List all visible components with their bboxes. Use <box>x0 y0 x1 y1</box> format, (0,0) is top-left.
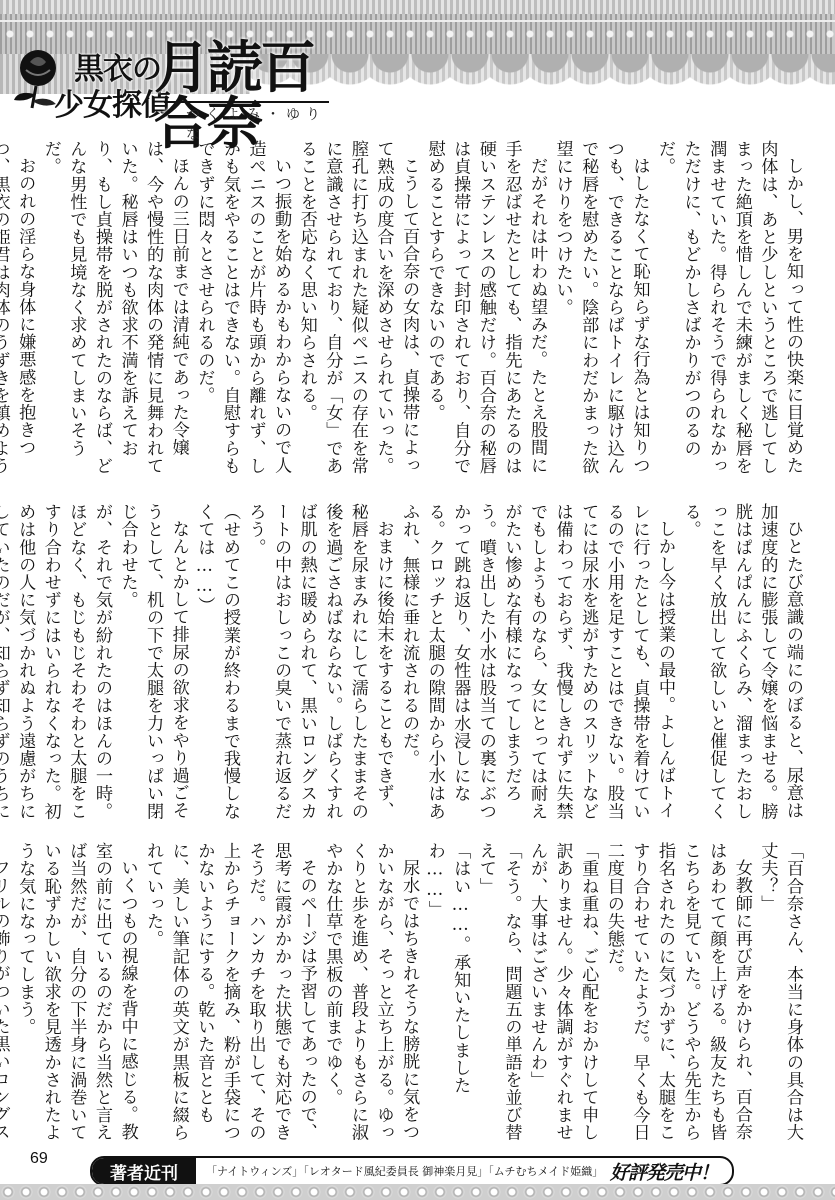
page-number: 69 <box>30 1150 48 1168</box>
paragraph: 尿水ではちきれそうな膀胱に気をつかいながら、そっと立ち上がる。ゆっくりと歩を進め… <box>319 842 421 1144</box>
heroine-reading: つくよみ・ゆりな <box>186 104 334 144</box>
lace-border-top <box>0 0 835 14</box>
dialogue: 「百合奈さん、本当に身体の具合は大丈夫？」 <box>754 842 805 1144</box>
paragraph: そのページは予習してあったので、思考に霞がかかった状態でも対応できそうだ。ハンカ… <box>140 842 319 1144</box>
paragraph: しかし、男を知って性の快楽に目覚めた肉体は、あと少しというところで逃してしまった… <box>651 140 805 475</box>
lace-border-bottom <box>0 1184 835 1200</box>
paragraph: が、それで気が紛れたのはほんの一時。ほどなく、もじもじそわそわと太腿をこすり合わ… <box>0 503 114 825</box>
on-sale-label: 好評発売中！ <box>610 1158 732 1185</box>
banner-titles: 「ナイトウィンズ」「レオタード風紀委員長 御神楽月見」「ムチむちメイド姫織」 <box>196 1163 610 1179</box>
paragraph: ほんの三日前までは清純であった令嬢は、今や慢性的な肉体の発情に見舞われていた。秘… <box>37 140 191 475</box>
paragraph: ひとたび意識の端にのぼると、尿意は加速度的に膨張して令嬢を悩ませる。膀胱はぱんぱ… <box>677 503 805 825</box>
paragraph: いつ振動を始めるかもわからないので人造ペニスのことが片時も頭から離れず、しかも気… <box>191 140 293 475</box>
rose-icon <box>12 46 60 110</box>
banner-tag: 著者近刊 <box>92 1158 196 1184</box>
lace-scallop <box>250 54 835 96</box>
paragraph: はしたなくて恥知らずな行為とは知りつつも、できることならばトイレに駆け込んで秘唇… <box>549 140 651 475</box>
title-rule <box>164 101 329 103</box>
text-band-1: しかし、男を知って性の快楽に目覚めた肉体は、あと少しというところで逃してしまった… <box>15 140 805 475</box>
series-title-line2: 少女探偵 <box>54 80 170 124</box>
title-logo: 黒衣の 少女探偵 月読百合奈 つくよみ・ゆりな <box>4 34 334 126</box>
paragraph: こうして百合奈の女肉は、貞操帯によって熟成の度合いを深めさせられていった。膣孔に… <box>293 140 421 475</box>
dialogue: 「重ね重ね、ご心配をおかけして申し訳ありません。少々体調がすぐれませんが、大事は… <box>523 842 600 1144</box>
paragraph: いくつもの視線を背中に感じる。教室の前に出ているのだから当然と言えば当然だが、自… <box>12 842 140 1144</box>
text-band-3: 「百合奈さん、本当に身体の具合は大丈夫？」 女教師に再び声をかけられ、百合奈はあ… <box>15 842 805 1144</box>
dialogue: 「そう。なら、問題五の単語を並び替えて」 <box>472 842 523 1144</box>
paragraph: なんとかして排尿の欲求をやり過ごそうとして、机の下で太腿を力いっぱい閉じ合わせた… <box>114 503 191 825</box>
paragraph: おまけに後始末をすることもできず、秘唇を尿まみれにして濡らしたままその後を過ごさ… <box>242 503 396 825</box>
paragraph: 女教師に再び声をかけられ、百合奈はあわてて顔を上げる。級友たちも皆こちらを見てい… <box>600 842 754 1144</box>
text-band-2: ひとたび意識の端にのぼると、尿意は加速度的に膨張して令嬢を悩ませる。膀胱はぱんぱ… <box>15 503 805 825</box>
paragraph: フリルの飾りがついた黒いロングスカートの中では、脚を内股にしてよじり合わせている… <box>0 842 12 1144</box>
paragraph: おのれの淫らな身体に嫌悪感を抱きつつ、黒衣の姫君は肉体のうずきを鎮めようとして人… <box>0 140 37 475</box>
paragraph: だがそれは叶わぬ望みだ。たとえ股間に手を忍ばせたとしても、指先にあたるのは硬いス… <box>421 140 549 475</box>
dialogue: 「はい……。承知いたしましたわ……」 <box>421 842 472 1144</box>
inner-monologue: （せめてこの授業が終わるまで我慢しなくては……） <box>191 503 242 825</box>
author-new-releases-banner: 著者近刊 「ナイトウィンズ」「レオタード風紀委員長 御神楽月見」「ムチむちメイド… <box>90 1156 734 1186</box>
paragraph: しかし今は授業の最中。よしんばトイレに行ったとしても、貞操帯を着けているので小用… <box>396 503 678 825</box>
